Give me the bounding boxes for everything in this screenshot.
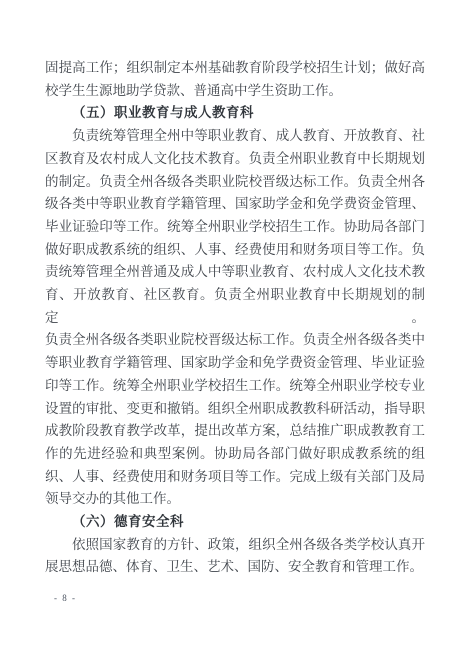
text-line: 设置的审批、变更和撤销。组织全州职成教教科研活动，指导职 bbox=[45, 398, 425, 421]
text-line: 印等工作。统筹全州职业学校招生工作。统筹全州职业学校专业 bbox=[45, 375, 425, 398]
text-line: 成教阶段教育教学改革，提出改革方案，总结推广职成教教育工 bbox=[45, 420, 425, 443]
text-line: 织、人事、经费使用和财务项目等工作。完成上级有关部门及局 bbox=[45, 466, 425, 489]
text-line: 做好职成教系统的组织、人事、经费使用和财务项目等工作。负 bbox=[45, 239, 425, 262]
text-line: 展思想品德、体育、卫生、艺术、国防、安全教育和管理工作。 bbox=[45, 556, 425, 579]
text-line: 毕业证验印等工作。统筹全州职业学校招生工作。协助局各部门 bbox=[45, 216, 425, 239]
text-line: 育、开放教育、社区教育。负责全州职业教育中长期规划的制定。 bbox=[45, 284, 425, 329]
text-line: 校学生生源地助学贷款、普通高中学生资助工作。 bbox=[45, 80, 425, 103]
text-line: 等职业教育学籍管理、国家助学金和免学费资金管理、毕业证验 bbox=[45, 352, 425, 375]
text-line: 的制定。负责全州各级各类职业院校晋级达标工作。负责全州各 bbox=[45, 171, 425, 194]
page-number: - 8 - bbox=[54, 593, 77, 603]
document-text-block: 固提高工作；组织制定本州基础教育阶段学校招生计划；做好高 校学生生源地助学贷款、… bbox=[45, 57, 425, 579]
text-line: 负责统筹管理全州中等职业教育、成人教育、开放教育、社 bbox=[45, 125, 425, 148]
text-line: 负责全州各级各类职业院校晋级达标工作。负责全州各级各类中 bbox=[45, 329, 425, 352]
text-line: 固提高工作；组织制定本州基础教育阶段学校招生计划；做好高 bbox=[45, 57, 425, 80]
section-heading-six: （六）德育安全科 bbox=[45, 511, 425, 534]
text-line: 区教育及农村成人文化技术教育。负责全州职业教育中长期规划 bbox=[45, 148, 425, 171]
text-line: 作的先进经验和典型案例。协助局各部门做好职成教系统的组 bbox=[45, 443, 425, 466]
text-line: 责统筹管理全州普通及成人中等职业教育、农村成人文化技术教 bbox=[45, 261, 425, 284]
text-line: 领导交办的其他工作。 bbox=[45, 488, 425, 511]
text-line: 级各类中等职业教育学籍管理、国家助学金和免学费资金管理、 bbox=[45, 193, 425, 216]
text-line: 依照国家教育的方针、政策，组织全州各级各类学校认真开 bbox=[45, 534, 425, 557]
document-page: 固提高工作；组织制定本州基础教育阶段学校招生计划；做好高 校学生生源地助学贷款、… bbox=[0, 0, 464, 645]
section-heading-five: （五）职业教育与成人教育科 bbox=[45, 102, 425, 125]
